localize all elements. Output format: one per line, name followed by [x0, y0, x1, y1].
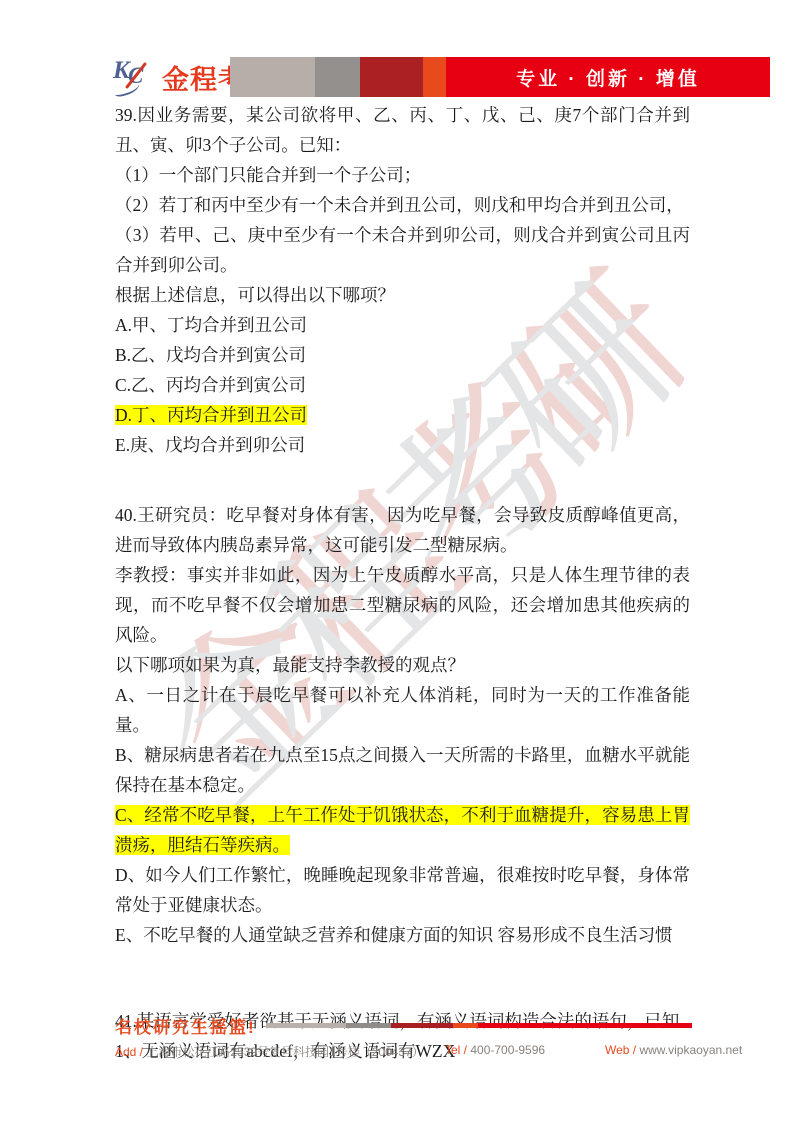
footer-tel: Tel / 400-700-9596	[445, 1043, 605, 1060]
q40-option-b: B、糖尿病患者若在九点至15点之间摄入一天所需的卡路里，血糖水平就能保持在基本稳…	[115, 740, 690, 800]
footer: 名校研究生摇篮! Add / 上海市松花江路2539号复旦科技园1号楼（2004…	[115, 1014, 760, 1060]
bar-segment-midgray	[315, 57, 360, 97]
q39-question: 根据上述信息，可以得出以下哪项？	[115, 280, 690, 310]
q40-option-e: E、不吃早餐的人通堂缺乏营养和健康方面的知识 容易形成不良生活习惯	[115, 920, 690, 950]
q40-option-c-highlight: C、经常不吃早餐，上午工作处于饥饿状态，不利于血糖提升，容易患上胃溃疡，胆结石等…	[115, 805, 690, 855]
q40-option-d: D、如今人们工作繁忙，晚睡晚起现象非常普遍，很难按时吃早餐，身体常常处于亚健康状…	[115, 860, 690, 920]
q39-option-c: C.乙、丙均合并到寅公司	[115, 370, 690, 400]
banner-slogan: 专业 · 创新 · 增值	[516, 64, 700, 91]
footer-color-bar	[266, 1023, 692, 1028]
q39-option-e: E.庚、戊均合并到卯公司	[115, 430, 690, 460]
footer-bar-midgray	[346, 1023, 391, 1028]
q39-option-b: B.乙、戊均合并到寅公司	[115, 340, 690, 370]
q39-option-a: A.甲、丁均合并到丑公司	[115, 310, 690, 340]
q40-option-c: C、经常不吃早餐，上午工作处于饥饿状态，不利于血糖提升，容易患上胃溃疡，胆结石等…	[115, 800, 690, 860]
q39-option-d: D.丁、丙均合并到丑公司	[115, 400, 690, 430]
bar-segment-orange	[423, 57, 446, 97]
footer-bar-darkred	[391, 1023, 453, 1028]
bar-segment-lightgray	[230, 57, 315, 97]
banner-red: 专业 · 创新 · 增值	[446, 57, 770, 97]
footer-bar-lightgray	[266, 1023, 346, 1028]
bar-segment-darkred	[360, 57, 423, 97]
footer-bar-orange	[453, 1023, 478, 1028]
kcy-logo-icon: K C	[112, 57, 160, 97]
q40-question: 以下哪项如果为真，最能支持李教授的观点？	[115, 650, 690, 680]
footer-web: Web / www.vipkaoyan.net	[605, 1043, 742, 1060]
q40-option-a: A、一日之计在于晨吃早餐可以补充人体消耗，同时为一天的工作准备能量。	[115, 680, 690, 740]
q39-stem-1: 39.因业务需要，某公司欲将甲、乙、丙、丁、戊、己、庚7个部门合并到丑、寅、卯3…	[115, 100, 690, 160]
footer-slogan-row: 名校研究生摇篮!	[115, 1014, 760, 1036]
q40-stem-1: 40.王研究员：吃早餐对身体有害，因为吃早餐，会导致皮质醇峰值更高，进而导致体内…	[115, 500, 690, 560]
q39-option-d-highlight: D.丁、丙均合并到丑公司	[115, 405, 307, 425]
q39-condition-3: （3）若甲、己、庚中至少有一个未合并到卯公司，则戊合并到寅公司且丙合并到卯公司。	[115, 220, 690, 280]
footer-bar-red	[478, 1023, 692, 1028]
q40-stem-2: 李教授：事实并非如此，因为上午皮质醇水平高，只是人体生理节律的表现，而不吃早餐不…	[115, 560, 690, 650]
footer-contact-row: Add / 上海市松花江路2539号复旦科技园1号楼（200437） Tel /…	[115, 1043, 760, 1060]
document-page: K C 金程考研 专业 · 创新 · 增值 金程考研 金程考研 39.因业务需要…	[0, 0, 793, 1122]
question-body: 39.因业务需要，某公司欲将甲、乙、丙、丁、戊、己、庚7个部门合并到丑、寅、卯3…	[115, 100, 690, 1066]
footer-slogan: 名校研究生摇篮!	[115, 1013, 256, 1038]
footer-address: Add / 上海市松花江路2539号复旦科技园1号楼（200437）	[115, 1043, 445, 1060]
question-40: 40.王研究员：吃早餐对身体有害，因为吃早餐，会导致皮质醇峰值更高，进而导致体内…	[115, 500, 690, 950]
q39-condition-1: （1）一个部门只能合并到一个子公司；	[115, 160, 690, 190]
question-39: 39.因业务需要，某公司欲将甲、乙、丙、丁、戊、己、庚7个部门合并到丑、寅、卯3…	[115, 100, 690, 460]
header-color-bar: 专业 · 创新 · 增值	[230, 57, 770, 97]
q39-condition-2: （2）若丁和丙中至少有一个未合并到丑公司，则戊和甲均合并到丑公司，	[115, 190, 690, 220]
header: K C 金程考研 专业 · 创新 · 增值	[0, 57, 793, 97]
